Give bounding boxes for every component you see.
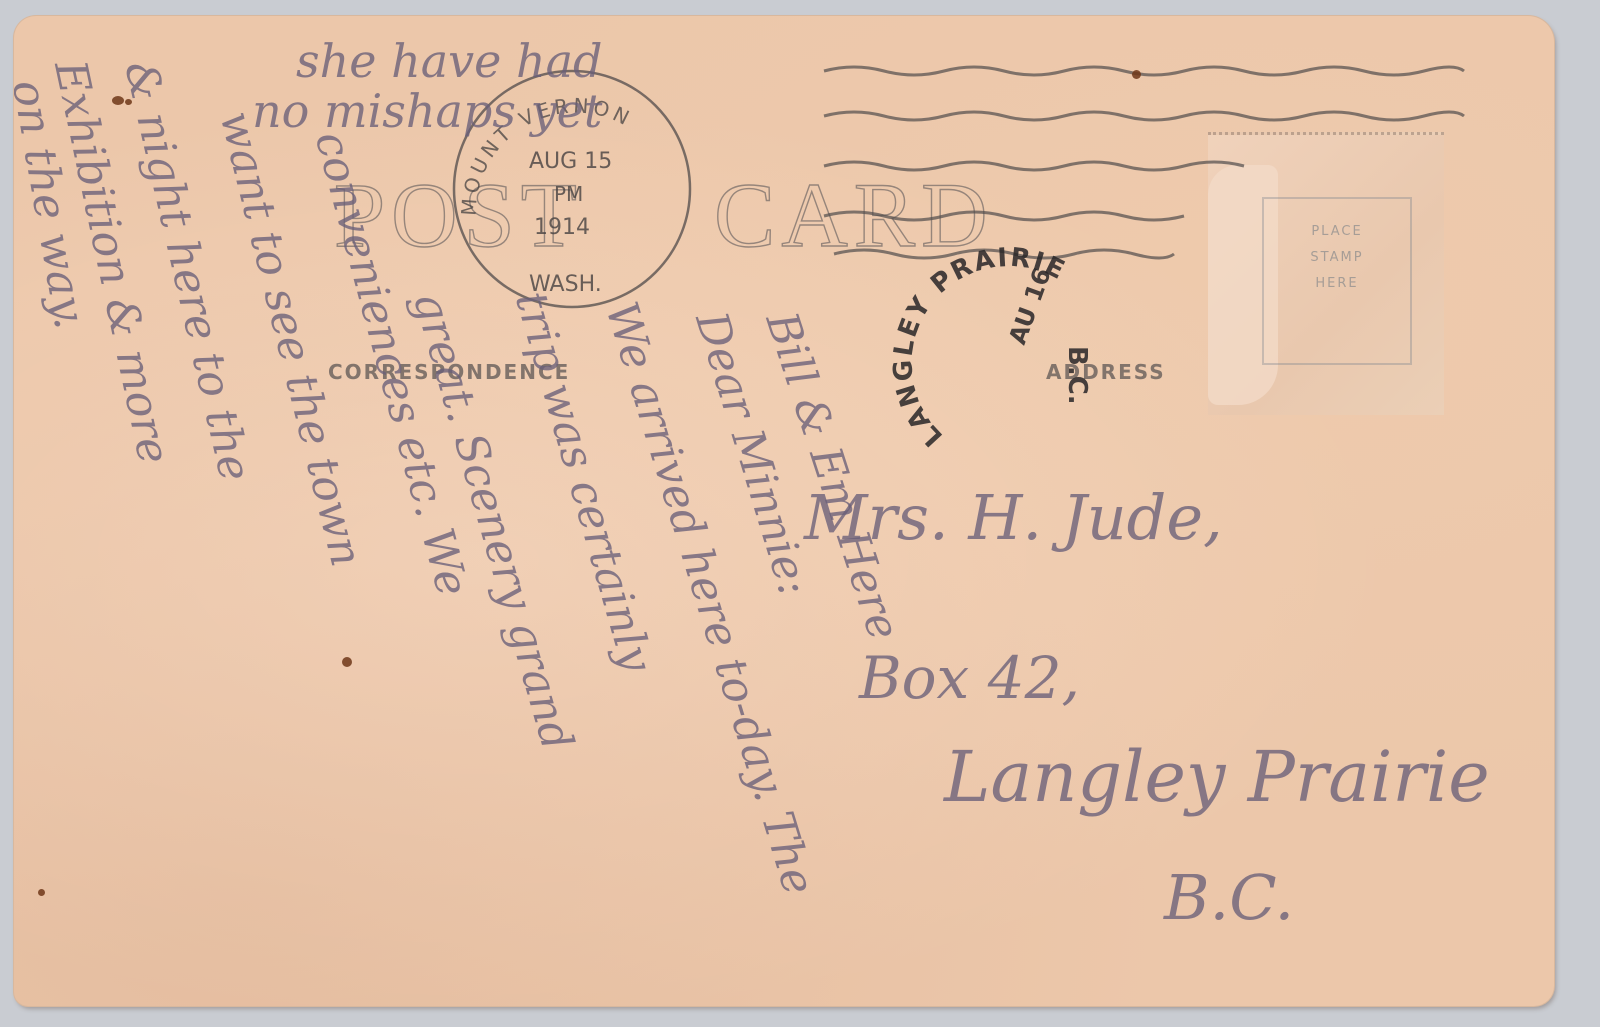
- postmark-date: AUG 15: [529, 149, 612, 174]
- stain-spot: [38, 889, 45, 896]
- postmark-langley-prairie: LANGLEY PRAIRIE B.C. AU 16: [888, 243, 1092, 452]
- stain-spot: [342, 657, 352, 667]
- postcard-back: POST CARD CORRESPONDENCE ADDRESS PLACE S…: [14, 16, 1554, 1006]
- svg-text:PM: PM: [554, 182, 583, 206]
- message-top-line-1: she have had: [296, 34, 602, 88]
- message-top-line-2: no mishaps yet: [252, 84, 602, 138]
- svg-text:B.C.: B.C.: [1062, 346, 1092, 405]
- stain-spot: [1132, 70, 1141, 79]
- address-line-3: Langley Prairie: [944, 736, 1490, 818]
- stain-spot: [112, 96, 124, 105]
- address-line-1: Mrs. H. Jude,: [804, 481, 1223, 554]
- svg-text:1914: 1914: [534, 215, 590, 240]
- stain-spot: [125, 99, 132, 105]
- svg-text:AU 16: AU 16: [1003, 264, 1056, 348]
- address-line-2: Box 42,: [859, 644, 1080, 712]
- address-line-4: B.C.: [1164, 861, 1294, 934]
